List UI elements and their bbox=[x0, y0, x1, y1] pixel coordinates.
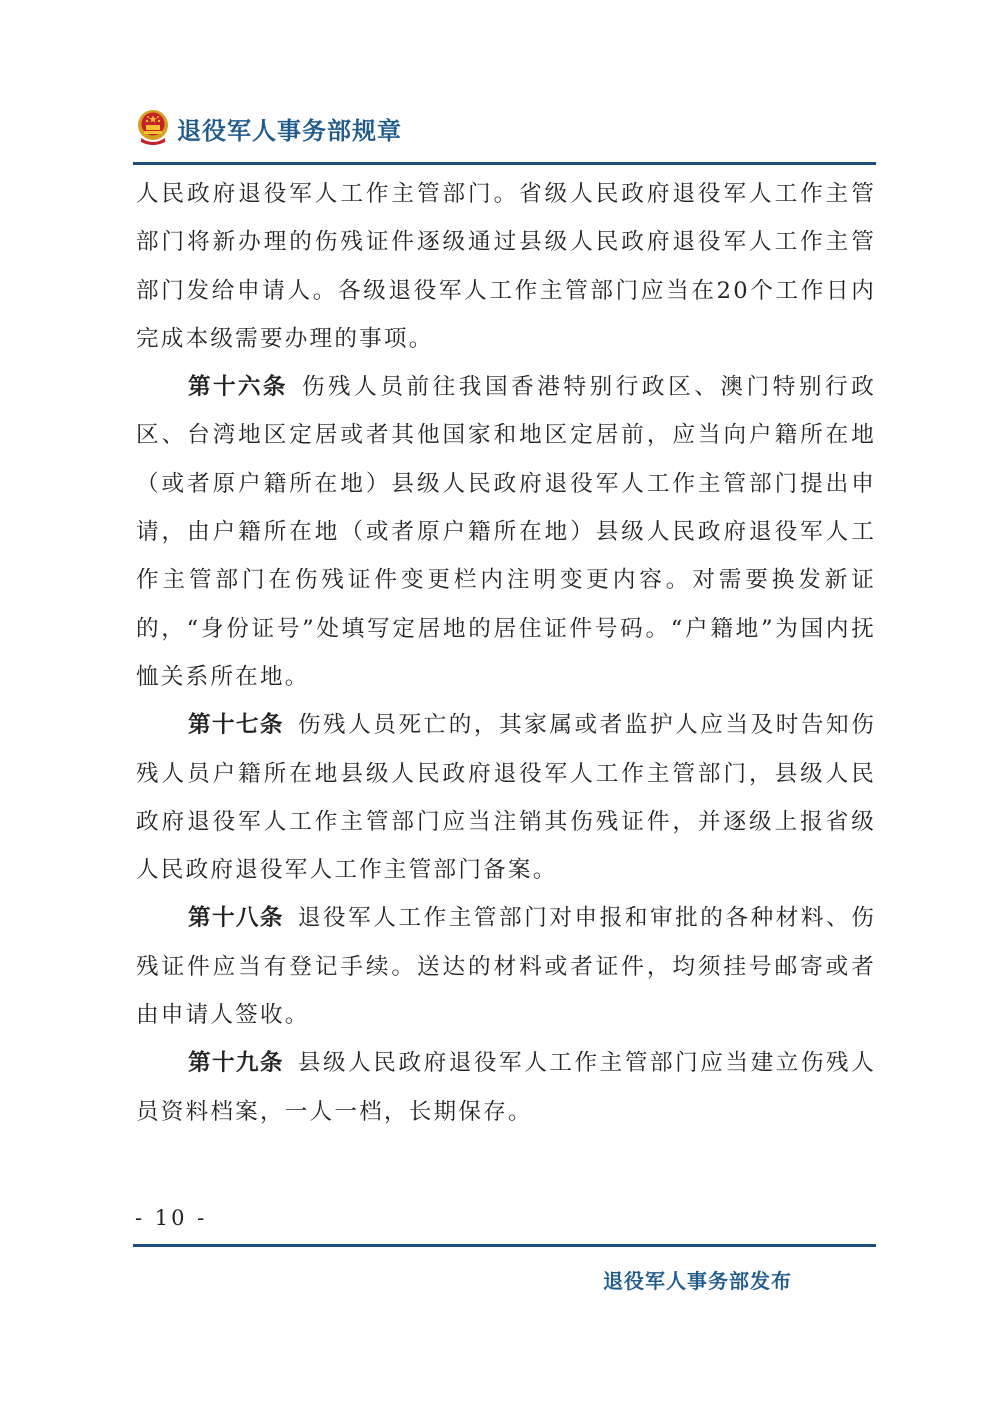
document-body: 人民政府退役军人工作主管部门。省级人民政府退役军人工作主管部门将新办理的伤残证件… bbox=[136, 170, 876, 1136]
article-heading: 第十八条 bbox=[188, 905, 284, 931]
publisher-label: 退役军人事务部发布 bbox=[603, 1265, 792, 1294]
article-heading: 第十六条 bbox=[188, 374, 288, 400]
article-18: 第十八条退役军人工作主管部门对申报和审批的各种材料、伤残证件应当有登记手续。送达… bbox=[136, 894, 876, 1039]
page-number: - 10 - bbox=[135, 1206, 207, 1230]
header-divider bbox=[133, 162, 876, 165]
paragraph-continuation: 人民政府退役军人工作主管部门。省级人民政府退役军人工作主管部门将新办理的伤残证件… bbox=[136, 170, 876, 363]
article-16: 第十六条伤残人员前往我国香港特别行政区、澳门特别行政区、台湾地区定居或者其他国家… bbox=[136, 363, 876, 701]
national-emblem-icon bbox=[135, 108, 171, 148]
article-heading: 第十九条 bbox=[188, 1050, 284, 1076]
article-heading: 第十七条 bbox=[188, 712, 284, 738]
article-19: 第十九条县级人民政府退役军人工作主管部门应当建立伤残人员资料档案，一人一档，长期… bbox=[136, 1039, 876, 1136]
footer-divider bbox=[133, 1244, 876, 1247]
header-title: 退役军人事务部规章 bbox=[177, 111, 402, 146]
page-header: 退役军人事务部规章 bbox=[135, 108, 402, 148]
paragraph-text: 伤残人员前往我国香港特别行政区、澳门特别行政区、台湾地区定居或者其他国家和地区定… bbox=[136, 374, 876, 690]
article-17: 第十七条伤残人员死亡的，其家属或者监护人应当及时告知伤残人员户籍所在地县级人民政… bbox=[136, 701, 876, 894]
paragraph-text: 人民政府退役军人工作主管部门。省级人民政府退役军人工作主管部门将新办理的伤残证件… bbox=[136, 181, 876, 352]
